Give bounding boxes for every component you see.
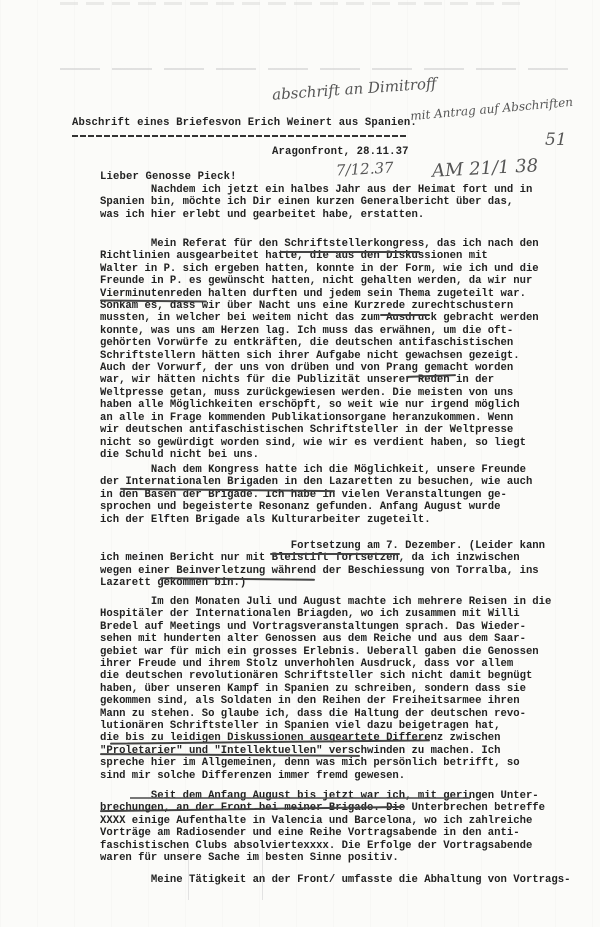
text-line: Mein Referat für den Schriftstellerkongr… bbox=[100, 238, 539, 250]
text-line: war, wir hätten nichts für die Publizitä… bbox=[100, 374, 539, 386]
text-line: Vorträge am Radiosender und eine Reihe V… bbox=[100, 827, 545, 839]
text-line: sehen mit hunderten alter Genossen aus d… bbox=[100, 633, 551, 645]
text-line: Hospitäler der Internationalen Briagden,… bbox=[100, 608, 551, 620]
text-line: Schriftstellern hätten sich ihrer Aufgab… bbox=[100, 350, 539, 362]
handwritten-note-line1: abschrift an Dimitroff bbox=[272, 74, 438, 103]
text-line: gekommen sind, als Soldaten in den Reihe… bbox=[100, 695, 551, 707]
text-line: die Schuld nicht bei uns. bbox=[100, 449, 539, 461]
text-line: Weltpresse getan, muss zurückgewiesen we… bbox=[100, 387, 539, 399]
scan-artifact-rule bbox=[60, 68, 580, 70]
text-line: waren für unsere Sache im besten Sinne p… bbox=[100, 852, 545, 864]
document-page: abschrift an Dimitroff mit Antrag auf Ab… bbox=[0, 0, 600, 927]
paragraph-2: Mein Referat für den Schriftstellerkongr… bbox=[100, 238, 539, 461]
text-line: lutionären Schriftsteller in Spanien vie… bbox=[100, 720, 551, 732]
scan-artifact-top bbox=[60, 2, 520, 5]
text-line: spreche hier im Allgemeinen, denn was mi… bbox=[100, 757, 551, 769]
handwritten-note-line2: mit Antrag auf Abschriften bbox=[410, 95, 574, 123]
text-line: mussten, in welcher bei weitem nicht das… bbox=[100, 312, 539, 324]
handwritten-date-mark-2: AM 21/1 38 bbox=[432, 155, 539, 182]
handwritten-date-mark-1: 7/12.37 bbox=[336, 159, 394, 180]
text-line: an alle in Frage kommenden Publikationso… bbox=[100, 412, 539, 424]
text-line: haben alle Möglichkeiten erschöpft, so w… bbox=[100, 399, 539, 411]
text-line: Spanien bin, möchte ich Dir einen kurzen… bbox=[100, 196, 532, 208]
text-line: ihrer Freude und ihrem Stolz unverhohlen… bbox=[100, 658, 551, 670]
text-line: ich der Elften Brigade als Kulturarbeite… bbox=[100, 514, 532, 526]
text-line: Sonkam es, dass wir über Nacht uns eine … bbox=[100, 300, 539, 312]
text-line: Nach dem Kongress hatte ich die Möglichk… bbox=[100, 464, 532, 476]
text-line: sprochen und begeisterte Resonanz gefund… bbox=[100, 501, 532, 513]
paragraph-4: Fortsetzung am 7. Dezember. (Leider kann… bbox=[100, 540, 545, 590]
paragraph-3: Nach dem Kongress hatte ich die Möglichk… bbox=[100, 464, 532, 526]
document-title: Abschrift eines Briefesvon Erich Weinert… bbox=[72, 117, 417, 130]
text-line: Bredel auf Meetings und Vortragsveransta… bbox=[100, 621, 551, 633]
paragraph-7: Meine Tätigkeit an der Front/ umfasste d… bbox=[100, 874, 570, 886]
underline-schriftstellerkongress bbox=[280, 251, 420, 253]
text-line: Auch der Vorwurf, der uns von drüben und… bbox=[100, 362, 539, 374]
text-line: faschistischen Clubs absolviertexxxx. Di… bbox=[100, 840, 545, 852]
handwritten-page-number: 51 bbox=[545, 130, 567, 150]
text-line: gebiet war für mich ein grosses Erlebnis… bbox=[100, 646, 551, 658]
text-line: wegen einer Beinverletzung während der B… bbox=[100, 565, 545, 577]
text-line: Freunde in P. es gewünscht hatten, nicht… bbox=[100, 275, 539, 287]
salutation: Lieber Genosse Pieck! bbox=[100, 171, 237, 184]
title-underline bbox=[72, 135, 407, 137]
text-line: Lazarett gekommen bin.) bbox=[100, 577, 545, 589]
text-line: Nachdem ich jetzt ein halbes Jahr aus de… bbox=[100, 184, 532, 196]
text-line: sind mir solche Differenzen immer fremd … bbox=[100, 770, 551, 782]
text-line: nicht so gewürdigt worden sind, wie wir … bbox=[100, 437, 539, 449]
place-date: Aragonfront, 28.11.37 bbox=[272, 146, 409, 159]
pencil-mark-seit bbox=[130, 797, 470, 799]
text-line: Im den Monaten Juli und August machte ic… bbox=[100, 596, 551, 608]
text-line: Meine Tätigkeit an der Front/ umfasste d… bbox=[100, 874, 570, 886]
text-line: gehörten Vorwürfe zu entkräften, die deu… bbox=[100, 337, 539, 349]
text-line: Mann zu stehen. So glaube ich, dass die … bbox=[100, 708, 551, 720]
paragraph-1: Nachdem ich jetzt ein halbes Jahr aus de… bbox=[100, 184, 532, 221]
text-line: der Internationalen Brigaden in den Laza… bbox=[100, 476, 532, 488]
paragraph-6: Seit dem Anfang August bis jetzt war ich… bbox=[100, 790, 545, 864]
underline-fortsetzung bbox=[270, 553, 400, 555]
underline-kurzrede bbox=[380, 314, 430, 316]
text-line: konnte, was uns am Herzen lag. Ich muss … bbox=[100, 325, 539, 337]
text-line: wir deutschen antifaschistischen Schrift… bbox=[100, 424, 539, 436]
text-line: haben, über unseren Kampf in Spanien zu … bbox=[100, 683, 551, 695]
text-line: was ich hier erlebt und gearbeitet habe,… bbox=[100, 209, 532, 221]
text-line: Walter in P. sich ergeben hatten, konnte… bbox=[100, 263, 539, 275]
text-line: Vierminutenreden halten durften und jede… bbox=[100, 288, 539, 300]
text-line: XXXX einige Aufenthalte in Valencia und … bbox=[100, 815, 545, 827]
text-line: die deutschen revolutionären Schriftstel… bbox=[100, 670, 551, 682]
text-line: Fortsetzung am 7. Dezember. (Leider kann bbox=[100, 540, 545, 552]
